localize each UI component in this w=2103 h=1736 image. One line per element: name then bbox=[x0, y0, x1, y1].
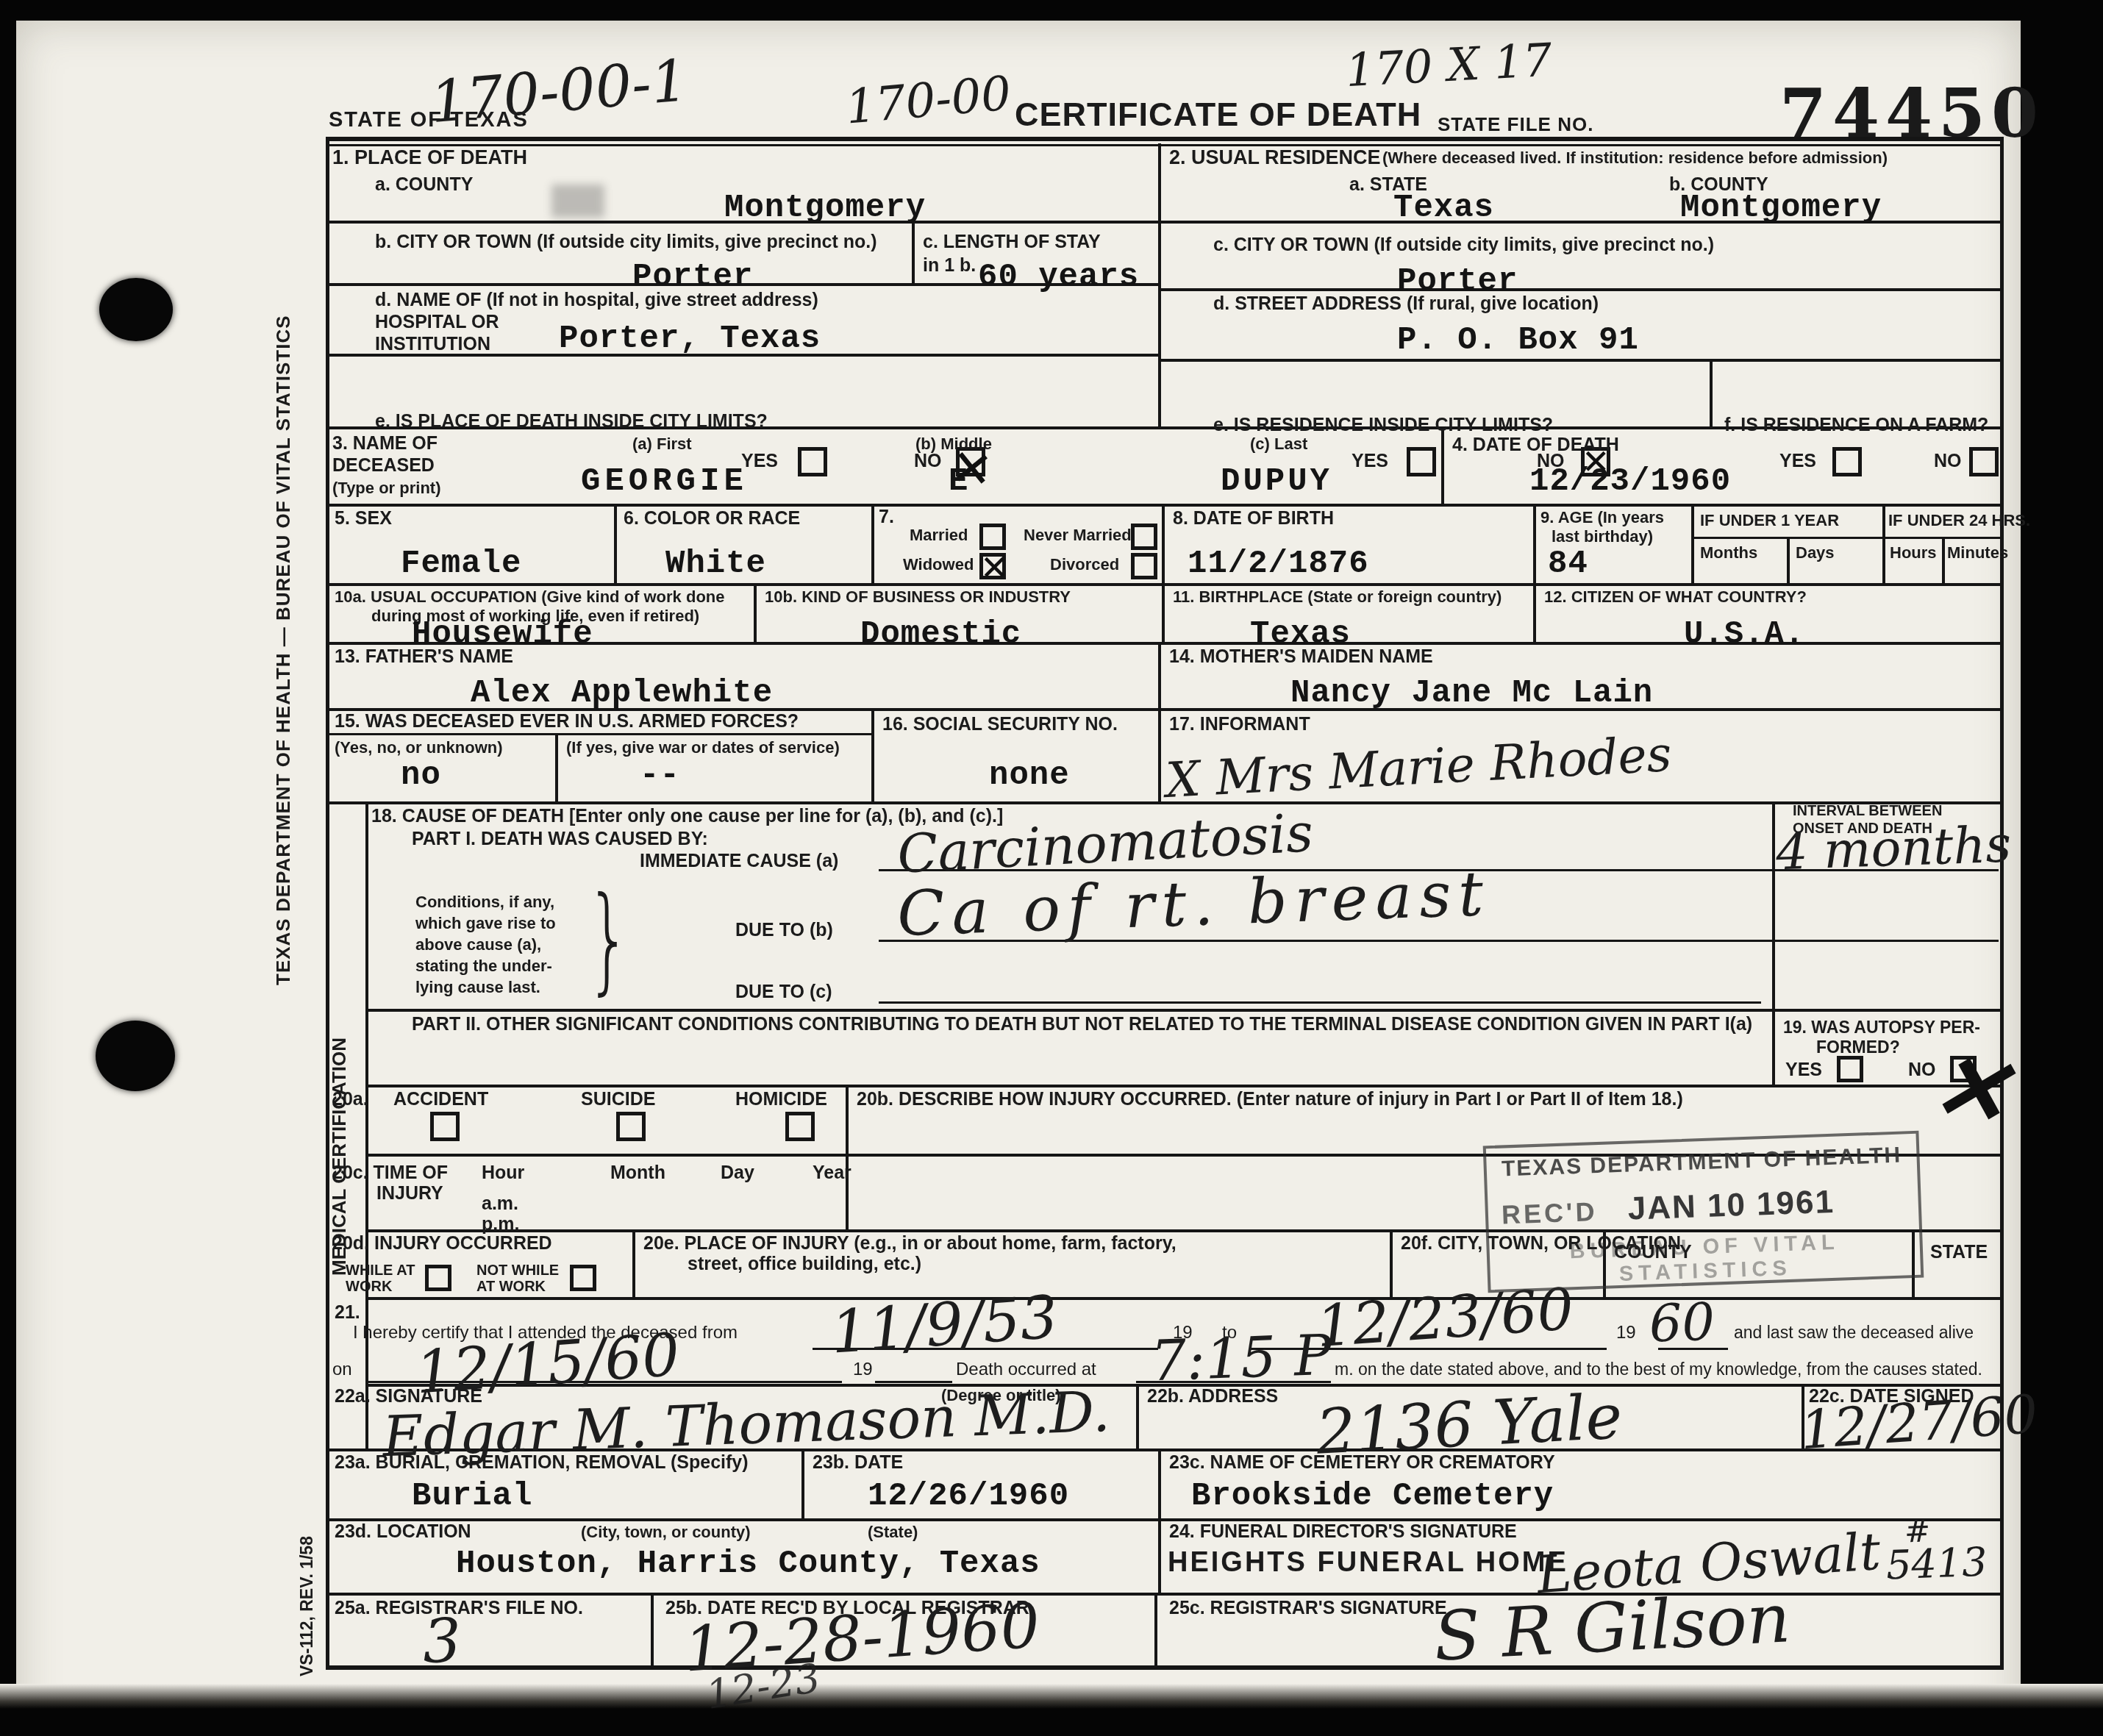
certify-text-4: m. on the date stated above, and to the … bbox=[1335, 1360, 1982, 1378]
stamp-agency-line: TEXAS DEPARTMENT OF HEALTH bbox=[1486, 1143, 1917, 1182]
scanned-death-certificate: ███ TEXAS DEPARTMENT OF HEALTH — BUREAU … bbox=[0, 0, 2103, 1736]
first-name-value: GEORGIE bbox=[581, 463, 748, 500]
conditions-note-1: Conditions, if any, bbox=[415, 893, 554, 910]
rule bbox=[1533, 583, 1536, 642]
residence-limits-yes-checkbox bbox=[1407, 447, 1436, 476]
funeral-director-label: 24. FUNERAL DIRECTOR'S SIGNATURE bbox=[1169, 1522, 1517, 1541]
am-label: a.m. bbox=[482, 1194, 518, 1213]
margin-agency-caption: TEXAS DEPARTMENT OF HEALTH — BUREAU OF V… bbox=[274, 315, 293, 985]
farm-yes-label: YES bbox=[1779, 451, 1816, 471]
registrar-file-value: 3 bbox=[421, 1606, 462, 1677]
attended-to-year: 60 bbox=[1649, 1291, 1716, 1354]
certificate-title: CERTIFICATE OF DEATH bbox=[1015, 97, 1421, 132]
conditions-note-3: above cause (a), bbox=[415, 936, 541, 953]
widowed-label: Widowed bbox=[903, 556, 974, 573]
rule bbox=[1162, 504, 1165, 583]
not-while-at-work-label: NOT WHILE bbox=[476, 1263, 559, 1279]
conditions-note-5: lying cause last. bbox=[415, 979, 540, 996]
not-while-at-work-label-2: AT WORK bbox=[476, 1279, 546, 1295]
divorced-label: Divorced bbox=[1050, 556, 1119, 573]
conditions-note-2: which gave rise to bbox=[415, 915, 556, 932]
marital-item-label: 7. bbox=[879, 507, 894, 526]
residence-state-value: Texas bbox=[1393, 190, 1494, 226]
received-stamp: TEXAS DEPARTMENT OF HEALTH REC'D JAN 10 … bbox=[1483, 1131, 1924, 1293]
date-of-birth-value: 11/2/1876 bbox=[1188, 546, 1369, 582]
injury-state-label: STATE bbox=[1930, 1243, 1988, 1262]
suicide-label: SUICIDE bbox=[581, 1090, 655, 1109]
homicide-checkbox bbox=[785, 1112, 815, 1141]
armed-forces-sublabel-2: (If yes, give war or dates of service) bbox=[566, 739, 840, 756]
name-label-2: DECEASED bbox=[332, 456, 435, 475]
time-of-injury-label-2: INJURY bbox=[376, 1184, 443, 1203]
married-checkbox bbox=[979, 524, 1006, 550]
rule bbox=[1162, 583, 1165, 642]
cemetery-value: Brookside Cemetery bbox=[1191, 1478, 1554, 1515]
place-of-injury-label-2: street, office building, etc.) bbox=[688, 1254, 921, 1274]
farm-yes-checkbox bbox=[1832, 447, 1862, 476]
burial-location-label: 23d. LOCATION bbox=[335, 1522, 471, 1541]
date-of-death-label: 4. DATE OF DEATH bbox=[1452, 435, 1619, 454]
citizen-value: U.S.A. bbox=[1684, 616, 1804, 653]
never-married-checkbox bbox=[1131, 524, 1157, 550]
citizen-label: 12. CITIZEN OF WHAT COUNTRY? bbox=[1544, 588, 1807, 605]
day-label: Day bbox=[721, 1163, 754, 1182]
rule bbox=[614, 504, 617, 583]
race-value: White bbox=[665, 546, 766, 582]
birthplace-label: 11. BIRTHPLACE (State or foreign country… bbox=[1173, 588, 1502, 605]
rule bbox=[1390, 1229, 1393, 1297]
brace-glyph: } bbox=[586, 872, 632, 1007]
residence-subtitle: (Where deceased lived. If institution: r… bbox=[1382, 149, 1888, 166]
accident-checkbox bbox=[430, 1112, 460, 1141]
father-name-label: 13. FATHER'S NAME bbox=[335, 647, 513, 666]
rule bbox=[632, 1229, 635, 1297]
rule bbox=[365, 1297, 2002, 1300]
rule bbox=[1441, 426, 1444, 504]
rule bbox=[326, 144, 2002, 146]
widowed-checkbox bbox=[979, 553, 1006, 579]
burial-location-sublabel-1: (City, town, or county) bbox=[581, 1524, 751, 1540]
months-label: Months bbox=[1700, 544, 1757, 561]
place-of-death-title: 1. PLACE OF DEATH bbox=[332, 147, 527, 168]
divorced-checkbox bbox=[1131, 553, 1157, 579]
rule bbox=[1882, 504, 1885, 583]
place-county-label: a. COUNTY bbox=[375, 175, 473, 194]
rule bbox=[555, 733, 558, 801]
burial-location-value: Houston, Harris County, Texas bbox=[456, 1546, 1040, 1582]
mother-name-value: Nancy Jane Mc Lain bbox=[1290, 675, 1653, 712]
injury-occurred-label: 20d. INJURY OCCURRED bbox=[332, 1234, 552, 1253]
institution-label: d. NAME OF (If not in hospital, give str… bbox=[375, 290, 818, 310]
scan-edge-bottom bbox=[0, 1707, 2103, 1736]
farm-no-checkbox bbox=[1969, 447, 1999, 476]
residence-limits-yes-label: YES bbox=[1352, 451, 1388, 471]
part1-label: PART I. DEATH WAS CAUSED BY: bbox=[412, 829, 708, 849]
suicide-checkbox bbox=[616, 1112, 646, 1141]
last-name-value: DUPUY bbox=[1221, 463, 1332, 500]
rule bbox=[326, 1518, 2002, 1521]
burial-type-value: Burial bbox=[412, 1478, 532, 1515]
time-of-death: 7:15 P bbox=[1150, 1322, 1333, 1394]
married-label: Married bbox=[910, 526, 968, 543]
stamp-recd-label: REC'D bbox=[1501, 1196, 1598, 1231]
minutes-label: Minutes bbox=[1947, 544, 2008, 561]
hole-punch-top bbox=[99, 278, 173, 341]
rule bbox=[1158, 143, 1161, 426]
length-of-stay-value: 60 years bbox=[978, 259, 1139, 296]
certify-on-word: on bbox=[332, 1360, 352, 1379]
rule bbox=[875, 1381, 952, 1383]
while-at-work-label: WHILE AT bbox=[346, 1263, 415, 1279]
rule bbox=[871, 504, 874, 583]
age-label-2: last birthday) bbox=[1552, 528, 1653, 545]
rule bbox=[1158, 288, 2002, 291]
physician-address-label: 22b. ADDRESS bbox=[1147, 1387, 1278, 1406]
rule bbox=[912, 221, 915, 283]
hole-punch-bottom bbox=[96, 1021, 175, 1091]
middle-name-label: (b) Middle bbox=[915, 435, 992, 452]
first-name-label: (a) First bbox=[632, 435, 692, 452]
burial-date-label: 23b. DATE bbox=[813, 1453, 903, 1472]
armed-forces-dates-value: -- bbox=[640, 757, 680, 794]
time-of-injury-label: 20c. TIME OF bbox=[332, 1163, 448, 1182]
ssn-label: 16. SOCIAL SECURITY NO. bbox=[882, 715, 1118, 734]
race-label: 6. COLOR OR RACE bbox=[624, 509, 800, 528]
immediate-cause-label: IMMEDIATE CAUSE (a) bbox=[640, 851, 838, 871]
autopsy-yes-checkbox bbox=[1837, 1056, 1863, 1082]
residence-title: 2. USUAL RESIDENCE bbox=[1169, 147, 1381, 168]
place-city-label: b. CITY OR TOWN (If outside city limits,… bbox=[375, 232, 876, 251]
not-while-at-work-checkbox bbox=[570, 1265, 596, 1291]
occupation-label: 10a. USUAL OCCUPATION (Give kind of work… bbox=[335, 588, 725, 605]
rule bbox=[846, 1085, 849, 1229]
registrar-signature-label: 25c. REGISTRAR'S SIGNATURE bbox=[1169, 1599, 1447, 1618]
month-label: Month bbox=[610, 1163, 665, 1182]
name-label-3: (Type or print) bbox=[332, 479, 440, 496]
length-of-stay-sublabel: in 1 b. bbox=[923, 256, 976, 275]
place-county-value: Montgomery bbox=[724, 190, 926, 226]
residence-farm-label: f. IS RESIDENCE ON A FARM? bbox=[1724, 415, 1988, 435]
age-label: 9. AGE (In years bbox=[1540, 509, 1664, 526]
mother-name-label: 14. MOTHER'S MAIDEN NAME bbox=[1169, 647, 1433, 666]
hours-label: Hours bbox=[1890, 544, 1937, 561]
rule bbox=[651, 1593, 654, 1665]
autopsy-yes-label: YES bbox=[1785, 1060, 1822, 1079]
scan-edge-top bbox=[0, 0, 2103, 21]
autopsy-label-2: FORMED? bbox=[1816, 1038, 1900, 1056]
due-to-b-label: DUE TO (b) bbox=[735, 921, 833, 940]
rule bbox=[326, 137, 329, 1670]
armed-forces-value: no bbox=[401, 757, 441, 794]
rule bbox=[326, 801, 2002, 804]
due-to-c-label: DUE TO (c) bbox=[735, 982, 832, 1001]
rule bbox=[1158, 1449, 1161, 1593]
business-label: 10b. KIND OF BUSINESS OR INDUSTRY bbox=[765, 588, 1071, 605]
rule bbox=[1691, 504, 1694, 583]
rule bbox=[754, 583, 757, 642]
rule bbox=[1772, 801, 1775, 1085]
certify-text-2: and last saw the deceased alive bbox=[1734, 1324, 1974, 1341]
days-label: Days bbox=[1796, 544, 1835, 561]
interval-label: INTERVAL BETWEEN bbox=[1793, 804, 1942, 819]
rule bbox=[801, 1449, 804, 1518]
burial-type-label: 23a. BURIAL, CREMATION, REMOVAL (Specify… bbox=[335, 1453, 749, 1472]
rule bbox=[1158, 708, 1161, 801]
rule bbox=[365, 801, 368, 1449]
place-limits-no-label: NO bbox=[914, 451, 942, 471]
armed-forces-sublabel-1: (Yes, no, or unknown) bbox=[335, 739, 503, 756]
scan-edge-right bbox=[2021, 0, 2103, 1736]
year-label: Year bbox=[813, 1163, 851, 1182]
while-at-work-checkbox bbox=[425, 1265, 451, 1291]
last-name-label: (c) Last bbox=[1250, 435, 1307, 452]
certify-19-c: 19 bbox=[853, 1360, 873, 1379]
rule bbox=[365, 1009, 2002, 1012]
residence-city-label: c. CITY OR TOWN (If outside city limits,… bbox=[1213, 235, 1714, 254]
while-at-work-label-2: WORK bbox=[346, 1279, 392, 1295]
rule bbox=[365, 1085, 2002, 1087]
autopsy-no-label: NO bbox=[1908, 1060, 1936, 1079]
rule bbox=[1154, 1593, 1157, 1665]
hour-label: Hour bbox=[482, 1163, 524, 1182]
rule bbox=[1158, 359, 2002, 362]
residence-limits-label: e. IS RESIDENCE INSIDE CITY LIMITS? bbox=[1213, 415, 1553, 435]
date-of-death-value: 12/23/1960 bbox=[1529, 463, 1731, 500]
place-limits-yes-checkbox bbox=[798, 447, 827, 476]
residence-street-value: P. O. Box 91 bbox=[1397, 322, 1639, 359]
informant-label: 17. INFORMANT bbox=[1169, 715, 1310, 734]
item-21-label: 21. bbox=[335, 1303, 360, 1322]
rule bbox=[1787, 537, 1790, 583]
item-20a-label: 20a. bbox=[332, 1090, 368, 1109]
form-number-caption: VS-112, REV. 1/58 bbox=[298, 1536, 315, 1676]
place-city-limits-label: e. IS PLACE OF DEATH INSIDE CITY LIMITS? bbox=[375, 412, 768, 431]
residence-street-label: d. STREET ADDRESS (If rural, give locati… bbox=[1213, 294, 1599, 313]
never-married-label: Never Married bbox=[1024, 526, 1132, 543]
part2-label: PART II. OTHER SIGNIFICANT CONDITIONS CO… bbox=[412, 1015, 1752, 1034]
rule bbox=[326, 137, 2002, 141]
director-number: 5413 bbox=[1885, 1539, 1988, 1589]
conditions-note-4: stating the under- bbox=[415, 957, 552, 974]
certify-text-3: Death occurred at bbox=[956, 1360, 1096, 1379]
name-label: 3. NAME OF bbox=[332, 434, 438, 453]
describe-injury-label: 20b. DESCRIBE HOW INJURY OCCURRED. (Ente… bbox=[857, 1090, 1683, 1109]
age-value: 84 bbox=[1548, 546, 1588, 582]
middle-name-value: E bbox=[949, 463, 968, 500]
farm-no-label: NO bbox=[1934, 451, 1962, 471]
burial-date-value: 12/26/1960 bbox=[868, 1478, 1069, 1515]
institution-label-2: HOSPITAL OR bbox=[375, 312, 499, 332]
armed-forces-label: 15. WAS DECEASED EVER IN U.S. ARMED FORC… bbox=[335, 712, 799, 731]
rule bbox=[871, 708, 874, 801]
rule bbox=[1691, 537, 2002, 539]
homicide-label: HOMICIDE bbox=[735, 1090, 827, 1109]
institution-value: Porter, Texas bbox=[559, 321, 821, 357]
business-value: Domestic bbox=[860, 616, 1021, 653]
scan-shadow-bottom bbox=[0, 1684, 2103, 1709]
ssn-value: none bbox=[989, 757, 1070, 794]
residence-county-value: Montgomery bbox=[1680, 190, 1882, 226]
stamp-date: JAN 10 1961 bbox=[1627, 1184, 1835, 1228]
place-of-injury-label: 20e. PLACE OF INJURY (e.g., in or about … bbox=[643, 1234, 1177, 1253]
institution-label-3: INSTITUTION bbox=[375, 335, 490, 354]
pm-label: p.m. bbox=[482, 1215, 519, 1234]
burial-location-sublabel-2: (State) bbox=[868, 1524, 918, 1540]
date-of-birth-label: 8. DATE OF BIRTH bbox=[1173, 509, 1334, 528]
autopsy-no-checkbox bbox=[1950, 1056, 1977, 1082]
state-file-no-label: STATE FILE NO. bbox=[1438, 115, 1593, 135]
length-of-stay-label: c. LENGTH OF STAY bbox=[923, 232, 1101, 251]
rule bbox=[326, 1665, 2002, 1670]
father-name-value: Alex Applewhite bbox=[471, 675, 773, 712]
rule bbox=[1942, 537, 1945, 583]
if-under-24-hrs-label: IF UNDER 24 HRS. bbox=[1888, 512, 2030, 529]
interval-value: 4 months bbox=[1775, 815, 2013, 882]
if-under-1-year-label: IF UNDER 1 YEAR bbox=[1700, 512, 1839, 529]
scan-edge-left bbox=[0, 0, 16, 1736]
accident-label: ACCIDENT bbox=[393, 1090, 488, 1109]
sex-label: 5. SEX bbox=[335, 509, 392, 528]
rule bbox=[879, 1001, 1761, 1004]
ghost-text-smudge: ███ bbox=[551, 185, 604, 218]
rule bbox=[1710, 359, 1713, 426]
handwritten-code-top: 170 X 17 bbox=[1344, 33, 1553, 98]
certify-19-b: 19 bbox=[1616, 1324, 1636, 1342]
rule bbox=[1158, 642, 1161, 708]
rule bbox=[326, 733, 871, 735]
cemetery-label: 23c. NAME OF CEMETERY OR CREMATORY bbox=[1169, 1453, 1555, 1472]
sex-value: Female bbox=[401, 546, 521, 582]
rule bbox=[1136, 1384, 1139, 1449]
funeral-home-name: HEIGHTS FUNERAL HOME bbox=[1168, 1549, 1568, 1578]
rule bbox=[1533, 504, 1536, 583]
